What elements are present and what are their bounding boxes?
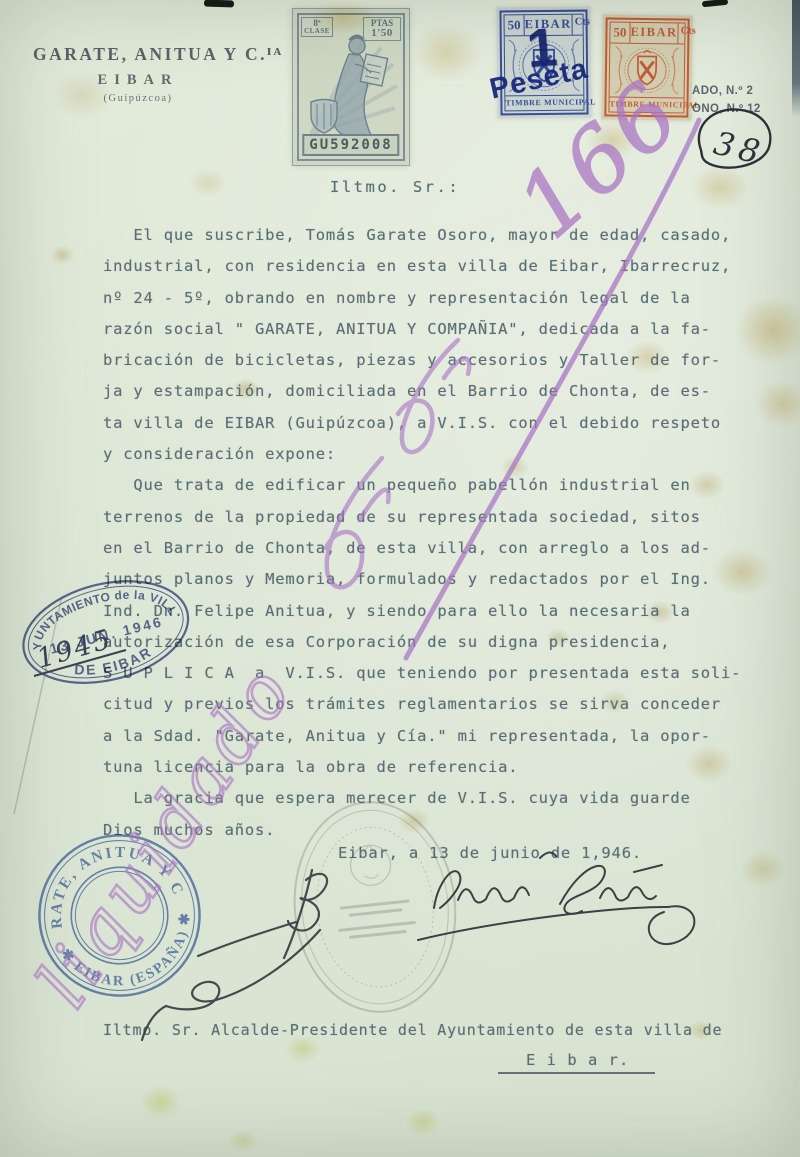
typed-line: Que trata de edificar un pequeño pabelló… bbox=[103, 470, 741, 501]
typed-line: industrial, con residencia en esta villa… bbox=[103, 251, 741, 282]
blue-stamp-cents: Cts bbox=[572, 14, 592, 34]
orange-stamp-value: 50 bbox=[610, 22, 630, 42]
document-body: El que suscribe, Tomás Garate Osoro, may… bbox=[103, 220, 741, 846]
letterhead-company: GARATE, ANITUA Y C.ᴵᴬ bbox=[33, 44, 243, 65]
fiscal-ptas-value: 1'50 bbox=[366, 28, 398, 39]
fiscal-class-label: CLASE bbox=[304, 28, 330, 35]
stain bbox=[188, 168, 228, 198]
fiscal-stamp-frame: 8ª CLASE PTAS 1'50 GU592008 bbox=[297, 13, 405, 161]
letterhead: GARATE, ANITUA Y C.ᴵᴬ EIBAR (Guipúzcoa) bbox=[33, 44, 243, 104]
stain bbox=[140, 1085, 182, 1119]
typed-line: bricación de bicicletas, piezas y acceso… bbox=[103, 345, 741, 376]
stain bbox=[690, 165, 750, 210]
typed-line: El que suscribe, Tomás Garate Osoro, may… bbox=[103, 220, 741, 251]
stain bbox=[412, 22, 482, 82]
scan-edge-mark bbox=[204, 0, 234, 8]
stain bbox=[285, 1035, 321, 1063]
typed-line: terrenos de la propiedad de su represent… bbox=[103, 502, 741, 533]
typed-line: juntos planos y Memoria, formulados y re… bbox=[103, 564, 741, 595]
typed-line: citud y previos los trámites reglamentar… bbox=[103, 689, 741, 720]
typed-line: nº 24 - 5º, obrando en nombre y represen… bbox=[103, 283, 741, 314]
svg-text:GARATE, ANITUA Y CIA: GARATE, ANITUA Y CIA bbox=[0, 793, 188, 949]
scanned-document-page: GARATE, ANITUA Y C.ᴵᴬ EIBAR (Guipúzcoa) … bbox=[0, 0, 800, 1157]
municipal-stamp-blue: 50 EIBAR Cts TIMBRE MUNICI bbox=[496, 7, 591, 119]
addressee-city-underlined: E i b a r. bbox=[498, 1051, 655, 1074]
typed-line: tuna licencia para la obra de referencia… bbox=[103, 752, 741, 783]
apartado-fragment: ADO, N.º 2 bbox=[692, 82, 761, 100]
typed-line: en el Barrio de Chonta, de esta villa, c… bbox=[103, 533, 741, 564]
stain bbox=[228, 1130, 258, 1152]
scan-edge-mark bbox=[702, 0, 728, 7]
orange-stamp-city: EIBAR bbox=[630, 23, 677, 44]
addressee-line: Iltmo. Sr. Alcalde-Presidente del Ayunta… bbox=[103, 1021, 722, 1039]
orange-stamp-cents: Cts bbox=[677, 23, 697, 43]
typed-line: a la Sdad. "Garate, Anitua y Cía." mi re… bbox=[103, 721, 741, 752]
fiscal-serial-number: GU592008 bbox=[302, 134, 399, 156]
fiscal-class-box: 8ª CLASE bbox=[301, 17, 333, 37]
stain bbox=[405, 1108, 441, 1136]
salutation: Iltmo. Sr.: bbox=[330, 178, 460, 196]
municipal-shield-art bbox=[610, 43, 685, 97]
letterhead-city: EIBAR bbox=[33, 72, 243, 89]
typed-line: ja y estampación, domiciliada en el Barr… bbox=[103, 376, 741, 407]
stain bbox=[585, 120, 640, 160]
folio-number-text: 38 bbox=[710, 124, 768, 172]
typed-line: y consideración expone: bbox=[103, 439, 741, 470]
typed-line: razón social " GARATE, ANITUA Y COMPAÑIA… bbox=[103, 314, 741, 345]
municipal-stamp-orange: 50 EIBAR Cts TIMBRE MUNICI bbox=[601, 14, 692, 120]
letterhead-province: (Guipúzcoa) bbox=[33, 93, 243, 104]
typed-line: Ind. Dn. Felipe Anitua, y siendo para el… bbox=[103, 596, 741, 627]
fiscal-value-box: PTAS 1'50 bbox=[363, 17, 401, 41]
stain bbox=[740, 850, 785, 888]
scan-edge-shadow bbox=[792, 0, 800, 118]
stain bbox=[755, 380, 800, 428]
letterhead-contact-fragments: ADO, N.º 2 ONO, N.º 12 bbox=[692, 82, 761, 118]
stain bbox=[50, 245, 75, 265]
telefono-fragment: ONO, N.º 12 bbox=[692, 100, 761, 118]
stain bbox=[735, 295, 800, 365]
orange-stamp-caption: TIMBRE MUNICIPAL bbox=[609, 96, 683, 112]
company-stamp-top-text: GARATE, ANITUA Y CIA bbox=[0, 793, 188, 949]
ministry-seal-stamp bbox=[277, 786, 475, 1028]
blue-stamp-value: 50 bbox=[505, 15, 525, 35]
typed-line: ta villa de EIBAR (Guipúzcoa), a V.I.S. … bbox=[103, 408, 741, 439]
fiscal-revenue-stamp: 8ª CLASE PTAS 1'50 GU592008 bbox=[292, 8, 410, 166]
